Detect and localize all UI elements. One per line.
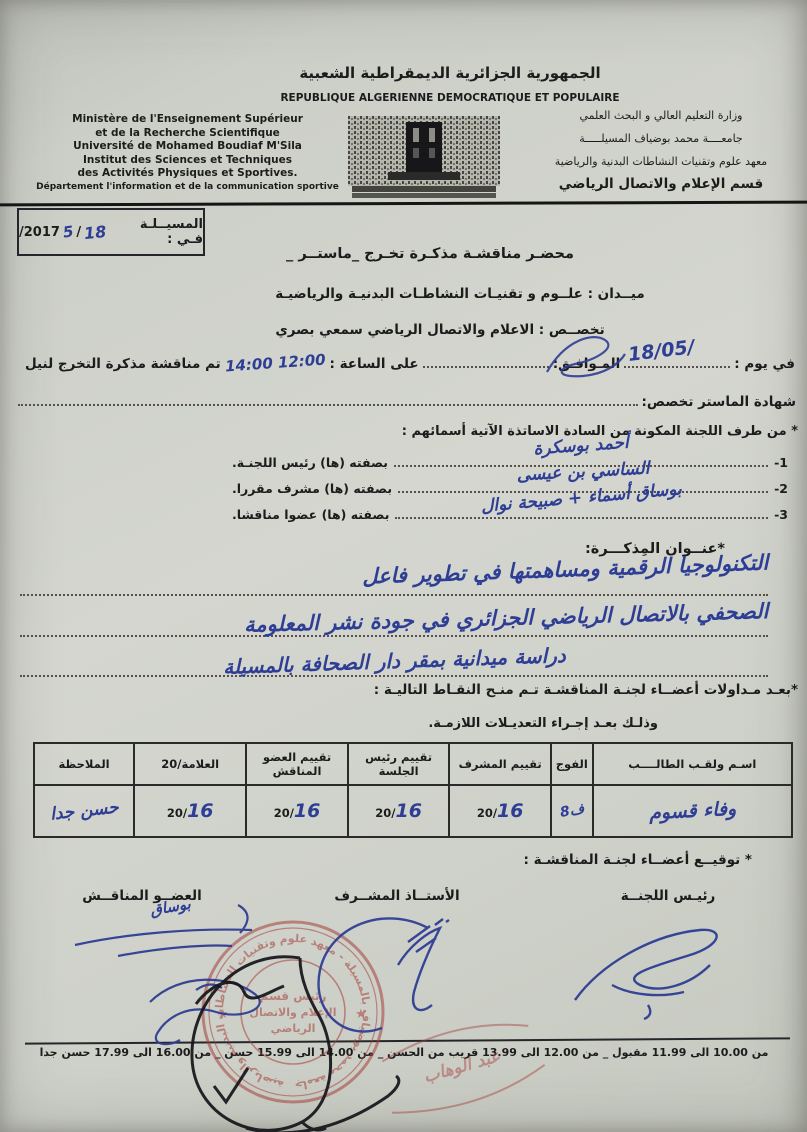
col-remark: الملاحظة <box>34 743 134 785</box>
round-department-stamp: جامعة محمد بوضياف بالمسيلة - معهد علوم و… <box>203 922 383 1102</box>
ministry-fr-line: Institut des Sciences et Techniques <box>30 154 345 168</box>
corresponding-label: المـوافـق: <box>553 356 620 372</box>
examiner-signature-label: العضــو المناقــش <box>52 888 232 904</box>
score-prefix: 20/ <box>167 806 187 820</box>
specialty-line: تخصــص : الاعلام والاتصال الرياضي سمعي ب… <box>270 322 610 338</box>
date-box: المسيــلـة فـي : 18 / 5 /2017 <box>17 208 205 256</box>
col-chair-eval: تقييم رئيس الجلسة <box>348 743 450 785</box>
col-group: الفوج <box>551 743 593 785</box>
handwritten-score: 16 <box>395 800 421 822</box>
schedule-line: في يوم : 18/05/ المـوافـق: على الساعة : … <box>25 352 795 372</box>
handwritten-thesis-line: التكنولوجيا الرقمية ومساهمتها في تطوير ف… <box>221 550 768 593</box>
handwritten-thesis-line: الصحفي بالاتصال الرياضي الجزائري في جودة… <box>243 599 768 637</box>
handwritten-date: 18/05/ <box>627 336 696 366</box>
member-number: 2- <box>774 481 788 496</box>
score-prefix: 20/ <box>274 806 294 820</box>
chair-signature-label: رئيـس اللجنــة <box>598 888 738 904</box>
stamp-center-text: الإعلام والاتصال <box>249 1006 336 1019</box>
handwritten-group: ف8 <box>558 801 585 821</box>
member-name-blank: بوساق أسماء + صبيحة نوال <box>395 504 768 519</box>
degree-label: شهادة الماستر تخصص: <box>642 394 796 410</box>
table-row: وفاء قسوم ف8 20/16 20/16 20/16 20/16 حسن… <box>34 785 792 837</box>
at-hour-label: على الساعة : <box>329 356 418 372</box>
corresponding-text: المـوافـق: <box>553 356 620 372</box>
stamp-center-text: رئيس قسم <box>260 989 327 1003</box>
degree-line: شهادة الماستر تخصص: <box>18 390 796 410</box>
cell-group: ف8 <box>551 785 593 837</box>
member-number: 1- <box>774 455 788 470</box>
thesis-title-line: التكنولوجيا الرقمية ومساهمتها في تطوير ف… <box>20 560 768 596</box>
footer-divider-line <box>25 1037 790 1044</box>
cell-supervisor-eval: 20/16 <box>449 785 551 837</box>
handwritten-score: 16 <box>187 800 213 822</box>
handwritten-remark: حسن جدا <box>49 797 119 824</box>
ministry-block-arabic: وزارة التعليم العالي و البحث العلمي جامع… <box>520 104 802 196</box>
ministry-ar-line: معهد علوم وتقنيات النشاطات البدنية والري… <box>520 150 802 173</box>
committee-member-row: 3- بوساق أسماء + صبيحة نوال بصفته (ها) ع… <box>232 504 788 522</box>
handwritten-score: 16 <box>497 800 523 822</box>
director-signature <box>192 957 399 1132</box>
secondary-stamp: عبد الوهاب <box>375 1009 549 1123</box>
university-logo <box>348 116 500 200</box>
deliberation-note: وذلـك بعـد إجـراء التعديـلات اللازمـة. <box>380 716 658 731</box>
score-prefix: 20/ <box>375 806 395 820</box>
signatures-heading: * توقيــع أعضــاء لجنـة المناقشـة : <box>480 852 752 868</box>
chair-signature <box>575 930 717 1019</box>
ministry-fr-line: Université de Mohamed Boudiaf M'Sila <box>30 140 345 154</box>
department-fr-line: Département l'information et de la commu… <box>30 181 345 195</box>
svg-text:★: ★ <box>217 1007 229 1022</box>
corresponding-blank <box>423 352 549 368</box>
handwritten-time: 12:00 14:00 <box>224 350 326 375</box>
country-title-arabic: الجمهورية الجزائرية الديمقراطية الشعبية <box>240 64 660 82</box>
ministry-block-french: Ministère de l'Enseignement Supérieur et… <box>30 113 345 194</box>
stamp-ring-text: جامعة محمد بوضياف بالمسيلة - معهد علوم و… <box>213 932 373 1092</box>
document-title: محضـر مناقشـة مذكـرة تخـرج _ماستــر _ <box>260 246 600 262</box>
cell-remark: حسن جدا <box>34 785 134 837</box>
ministry-ar-line: وزارة التعليم العالي و البحث العلمي <box>520 104 802 127</box>
svg-text:★: ★ <box>355 1007 367 1022</box>
degree-blank <box>18 390 638 406</box>
cell-chair-eval: 20/16 <box>348 785 450 837</box>
member-number: 3- <box>774 507 788 522</box>
day-blank: 18/05/ <box>624 352 730 368</box>
country-title-french: REPUBLIQUE ALGERIENNE DEMOCRATIQUE ET PO… <box>200 92 700 104</box>
stamp-center-text: الرياضي <box>271 1022 316 1035</box>
ministry-fr-line: et de la Recherche Scientifique <box>30 127 345 141</box>
thesis-title-line: دراسة ميدانية بمقر دار الصحافة بالمسيلة <box>20 637 768 677</box>
cell-final-mark: 20/16 <box>134 785 246 837</box>
member-role: بصفته (ها) رئيس اللجنـة. <box>232 455 388 470</box>
thesis-title-line: الصحفي بالاتصال الرياضي الجزائري في جودة… <box>20 596 768 637</box>
department-ar-line: قسم الإعلام والاتصال الرياضي <box>520 173 802 196</box>
handwritten-student-name: وفاء قسوم <box>648 798 736 825</box>
scores-table: اسـم ولقـب الطالــــب الفوج تقييم المشرف… <box>33 742 793 838</box>
ministry-ar-line: جامعــــة محمد بوضياف المسيلـــــة <box>520 127 802 150</box>
supervisor-signature <box>319 918 449 1031</box>
member-role: بصفته (ها) عضوا مناقشا. <box>232 507 389 522</box>
discussed-suffix: تم مناقشة مذكرة التخرج لنيل <box>25 356 221 372</box>
ministry-fr-line: des Activités Physiques et Sportives. <box>30 167 345 181</box>
supervisor-signature-label: الأستــاذ المشــرف <box>322 888 472 904</box>
examiner-signature <box>75 905 260 1044</box>
score-prefix: 20/ <box>477 806 497 820</box>
handwritten-thesis-line: دراسة ميدانية بمقر دار الصحافة بالمسيلة <box>222 643 565 679</box>
deliberation-heading: *بعـد مـداولات أعضــاء لجنـة المناقشـة ت… <box>330 682 798 698</box>
field-line: ميــدان : علــوم و تقنيـات النشاطـات الب… <box>270 286 650 302</box>
handwritten-day: 18 <box>83 221 107 242</box>
col-mark: العلامة/20 <box>134 743 246 785</box>
scanned-defense-report-page: الجمهورية الجزائرية الديمقراطية الشعبية … <box>0 0 807 1132</box>
date-year: /2017 <box>19 225 60 240</box>
handwritten-month: 5 <box>62 222 75 241</box>
cell-student-name: وفاء قسوم <box>593 785 792 837</box>
col-supervisor-eval: تقييم المشرف <box>449 743 551 785</box>
on-day-label: في يوم : <box>734 356 795 372</box>
col-examiner-eval: تقييم العضو المناقش <box>246 743 348 785</box>
table-header-row: اسـم ولقـب الطالــــب الفوج تقييم المشرف… <box>34 743 792 785</box>
ministry-fr-line: Ministère de l'Enseignement Supérieur <box>30 113 345 127</box>
date-box-label: المسيــلـة فـي : <box>109 217 203 247</box>
grading-scale-line: من 10.00 الى 11.99 مقبول _ من 12.00 الى … <box>8 1046 800 1059</box>
date-separator: / <box>76 225 81 240</box>
handwritten-score: 16 <box>294 800 320 822</box>
header-divider-line <box>0 201 807 207</box>
col-student-name: اسـم ولقـب الطالــــب <box>593 743 792 785</box>
member-role: بصفته (ها) مشرف مقررا. <box>232 481 392 496</box>
thesis-title-block: التكنولوجيا الرقمية ومساهمتها في تطوير ف… <box>20 560 768 677</box>
cell-examiner-eval: 20/16 <box>246 785 348 837</box>
